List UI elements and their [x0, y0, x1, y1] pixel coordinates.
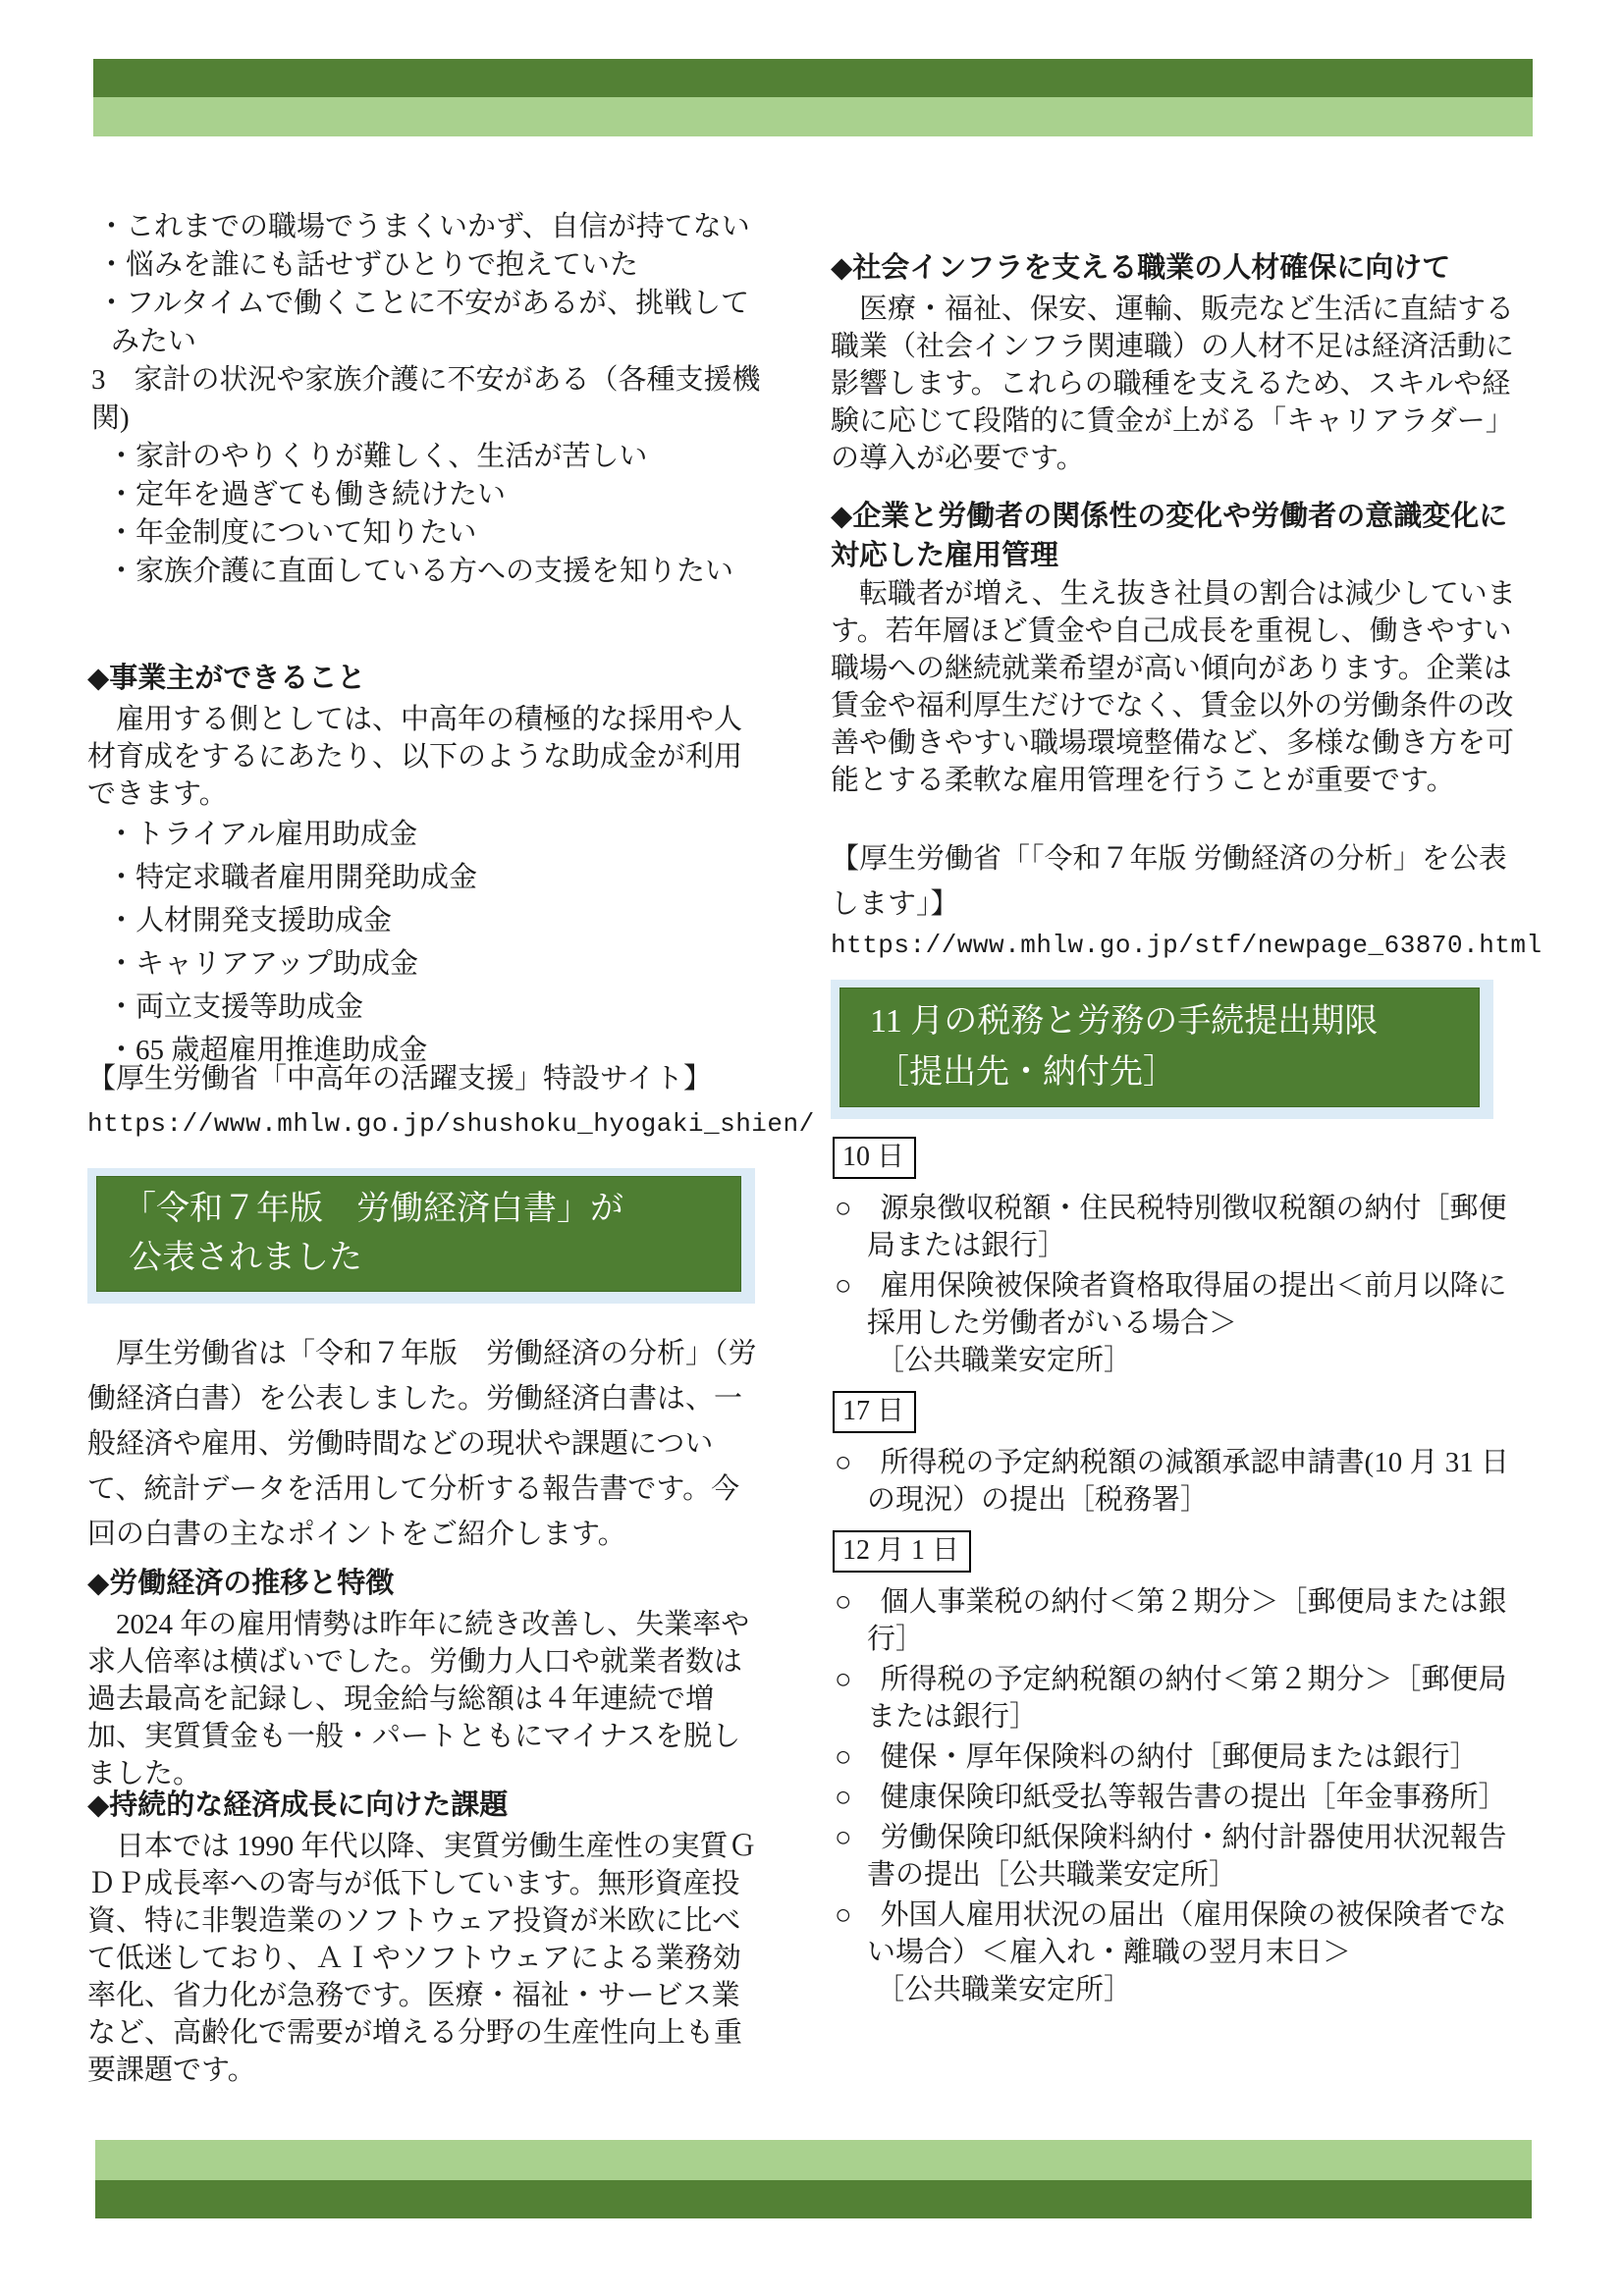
url-text[interactable]: https://www.mhlw.go.jp/shushoku_hyogaki_…	[87, 1101, 767, 1147]
bullet-icon: ・	[107, 556, 135, 587]
section-heading: ◆労働経済の推移と特徴	[87, 1561, 767, 1606]
bullet-icon: ・	[97, 211, 126, 242]
concerns-list-section: ・これまでの職場でうまくいかず、自信が持てない ・悩みを誰にも話せずひとりで抱え…	[87, 208, 767, 591]
section-heading: ◆事業主ができること	[87, 656, 767, 701]
deadline-item-text: 源泉徴収税額・住民税特別徴収税額の納付［郵便局または銀行］	[867, 1193, 1507, 1261]
list-item-text: フルタイムで働くことに不安があるが、挑戦してみたい	[111, 288, 749, 357]
deadline-item-text: 雇用保険被保険者資格取得届の提出＜前月以降に採用した労働者がいる場合＞	[867, 1270, 1507, 1339]
suii-section: ◆労働経済の推移と特徴 2024 年の雇用情勢は昨年に続き改善し、失業率や求人倍…	[87, 1561, 767, 1792]
deadline-item: ○ 所得税の予定納税額の納付＜第２期分＞［郵便局または銀行］	[831, 1661, 1520, 1735]
section-heading: ◆企業と労働者の関係性の変化や労働者の意識変化に対応した雇用管理	[831, 497, 1520, 575]
circle-marker-icon: ○	[835, 1664, 852, 1695]
section-paragraph: 日本では 1990 年代以降、実質労働生産性の実質ＧＤＰ成長率への寄与が低下して…	[87, 1828, 767, 2089]
list-item-text: これまでの職場でうまくいかず、自信が持てない	[126, 211, 750, 242]
list-item-text: 両立支援等助成金	[135, 991, 363, 1023]
deadline-item-text: 個人事業税の納付＜第２期分＞［郵便局または銀行］	[867, 1586, 1507, 1655]
subsidy-list-item: ・トライアル雇用助成金	[87, 813, 767, 856]
list-item: ・これまでの職場でうまくいかず、自信が持てない	[87, 208, 767, 246]
analysis-reference: 【厚生労働省「「令和７年版 労働経済の分析」を公表します」】 https://w…	[831, 836, 1520, 964]
deadline-item: ○ 外国人雇用状況の届出（雇用保険の被保険者でない場合）＜雇入れ・離職の翌月末日…	[831, 1896, 1520, 1971]
footer-bar-light	[95, 2140, 1532, 2180]
section-paragraph: 厚生労働省は「令和７年版 労働経済の分析」（労働経済白書）を公表しました。労働経…	[87, 1331, 767, 1557]
deadline-item: ○ 源泉徴収税額・住民税特別徴収税額の納付［郵便局または銀行］	[831, 1190, 1520, 1264]
subsidy-list-item: ・キャリアアップ助成金	[87, 942, 767, 986]
circle-marker-icon: ○	[835, 1782, 852, 1813]
list-item-text: 定年を過ぎても働き続けたい	[135, 479, 506, 510]
section-paragraph: 雇用する側としては、中高年の積極的な採用や人材育成をするにあたり、以下のような助…	[87, 701, 767, 813]
bullet-icon: ・	[107, 862, 135, 893]
bullet-icon: ・	[97, 249, 126, 281]
bullet-icon: ・	[107, 441, 135, 472]
section-heading: ◆社会インフラを支える職業の人材確保に向けて	[831, 245, 1520, 291]
title-box-green-panel: 「令和７年版 労働経済白書」が 公表されました	[96, 1176, 741, 1292]
subsidy-list-item: ・特定求職者雇用開発助成金	[87, 856, 767, 899]
deadline-item: ○ 労働保険印紙保険料納付・納付計器使用状況報告書の提出［公共職業安定所］	[831, 1819, 1520, 1894]
deadlines-section: 10 日 ○ 源泉徴収税額・住民税特別徴収税額の納付［郵便局または銀行］ ○ 雇…	[831, 1125, 1520, 2008]
list-item: ・悩みを誰にも話せずひとりで抱えていた	[87, 246, 767, 285]
list-item: ・家計のやりくりが難しく、生活が苦しい	[87, 438, 767, 476]
numbered-list-item: 3 家計の状況や家族介護に不安がある（各種支援機関)	[87, 361, 767, 438]
reference-title: 【厚生労働省「「令和７年版 労働経済の分析」を公表します」】	[831, 836, 1520, 927]
section-paragraph: 転職者が増え、生え抜き社員の割合は減少しています。若年層ほど賃金や自己成長を重視…	[831, 575, 1520, 799]
list-item-text: 家族介護に直面している方への支援を知りたい	[135, 556, 733, 587]
circle-marker-icon: ○	[835, 1586, 852, 1618]
bullet-icon: ・	[107, 991, 135, 1023]
title-box-line2: ［提出先・納付先］	[870, 1047, 1469, 1098]
title-box-hakusho: 「令和７年版 労働経済白書」が 公表されました	[87, 1168, 755, 1304]
list-item-text: 家計のやりくりが難しく、生活が苦しい	[135, 441, 647, 472]
seicho-section: ◆持続的な経済成長に向けた課題 日本では 1990 年代以降、実質労働生産性の実…	[87, 1783, 767, 2089]
bullet-icon: ・	[107, 517, 135, 549]
deadline-item-text: 労働保険印紙保険料納付・納付計器使用状況報告書の提出［公共職業安定所］	[867, 1822, 1507, 1891]
deadline-item: ○ 健保・厚年保険料の納付［郵便局または銀行］	[831, 1738, 1520, 1776]
circle-marker-icon: ○	[835, 1193, 852, 1224]
koyo-section: ◆企業と労働者の関係性の変化や労働者の意識変化に対応した雇用管理 転職者が増え、…	[831, 497, 1520, 799]
deadline-date-box: 17 日	[833, 1391, 916, 1433]
deadline-item: ○ 個人事業税の納付＜第２期分＞［郵便局または銀行］	[831, 1583, 1520, 1658]
url-text[interactable]: https://www.mhlw.go.jp/stf/newpage_63870…	[831, 927, 1520, 964]
deadline-item: ○ 雇用保険被保険者資格取得届の提出＜前月以降に採用した労働者がいる場合＞	[831, 1267, 1520, 1342]
title-box-line2: 公表されました	[123, 1234, 731, 1283]
circle-marker-icon: ○	[835, 1899, 852, 1931]
list-item-text: トライアル雇用助成金	[135, 819, 417, 850]
deadline-item-text: 外国人雇用状況の届出（雇用保険の被保険者でない場合）＜雇入れ・離職の翌月末日＞	[867, 1899, 1507, 1968]
employer-section: ◆事業主ができること 雇用する側としては、中高年の積極的な採用や人材育成をするに…	[87, 656, 767, 1072]
title-box-green-panel: 11 月の税務と労務の手続提出期限 ［提出先・納付先］	[839, 988, 1480, 1107]
deadline-date-box: 10 日	[833, 1137, 916, 1179]
section-paragraph: 2024 年の雇用情勢は昨年に続き改善し、失業率や求人倍率は横ばいでした。労働力…	[87, 1606, 767, 1792]
header-bar-dark	[93, 59, 1533, 97]
circle-marker-icon: ○	[835, 1741, 852, 1773]
subsidy-list-item: ・人材開発支援助成金	[87, 899, 767, 942]
site-reference: 【厚生労働省「中高年の活躍支援」特設サイト】 https://www.mhlw.…	[87, 1056, 767, 1147]
deadline-item-text: 健保・厚年保険料の納付［郵便局または銀行］	[881, 1741, 1479, 1773]
list-item-text: 人材開発支援助成金	[135, 905, 392, 936]
circle-marker-icon: ○	[835, 1822, 852, 1853]
list-item: ・年金制度について知りたい	[87, 514, 767, 553]
title-box-line1: 「令和７年版 労働経済白書」が	[123, 1185, 731, 1234]
hakusho-intro: 厚生労働省は「令和７年版 労働経済の分析」（労働経済白書）を公表しました。労働経…	[87, 1331, 767, 1557]
list-item-text: 特定求職者雇用開発助成金	[135, 862, 477, 893]
list-item: ・フルタイムで働くことに不安があるが、挑戦してみたい	[87, 285, 767, 361]
circle-marker-icon: ○	[835, 1270, 852, 1302]
list-item-text: 年金制度について知りたい	[135, 517, 476, 549]
deadline-item: ○ 健康保険印紙受払等報告書の提出［年金事務所］	[831, 1779, 1520, 1816]
bullet-icon: ・	[107, 819, 135, 850]
bullet-icon: ・	[107, 479, 135, 510]
list-item: ・定年を過ぎても働き続けたい	[87, 476, 767, 514]
list-item-text: 悩みを誰にも話せずひとりで抱えていた	[126, 249, 638, 281]
bullet-icon: ・	[107, 948, 135, 980]
title-box-line1: 11 月の税務と労務の手続提出期限	[870, 996, 1469, 1047]
deadline-date-box: 12 月 1 日	[833, 1530, 971, 1573]
list-item-text: キャリアアップ助成金	[135, 948, 418, 980]
deadline-item-note: ［公共職業安定所］	[831, 1971, 1520, 2008]
bullet-icon: ・	[97, 288, 126, 319]
title-box-tax: 11 月の税務と労務の手続提出期限 ［提出先・納付先］	[831, 980, 1493, 1119]
bullet-icon: ・	[107, 905, 135, 936]
circle-marker-icon: ○	[835, 1447, 852, 1478]
footer-bar-dark	[95, 2180, 1532, 2218]
reference-title: 【厚生労働省「中高年の活躍支援」特設サイト】	[87, 1056, 767, 1101]
deadline-item: ○ 所得税の予定納税額の減額承認申請書(10 月 31 日の現況）の提出［税務署…	[831, 1444, 1520, 1519]
deadline-item-note: ［公共職業安定所］	[831, 1342, 1520, 1379]
list-item: ・家族介護に直面している方への支援を知りたい	[87, 553, 767, 591]
deadline-item-text: 所得税の予定納税額の減額承認申請書(10 月 31 日の現況）の提出［税務署］	[867, 1447, 1509, 1516]
section-paragraph: 医療・福祉、保安、運輸、販売など生活に直結する職業（社会インフラ関連職）の人材不…	[831, 291, 1520, 477]
header-bar-light	[93, 97, 1533, 136]
deadline-item-text: 所得税の予定納税額の納付＜第２期分＞［郵便局または銀行］	[867, 1664, 1507, 1733]
section-heading: ◆持続的な経済成長に向けた課題	[87, 1783, 767, 1828]
subsidy-list-item: ・両立支援等助成金	[87, 986, 767, 1029]
infra-section: ◆社会インフラを支える職業の人材確保に向けて 医療・福祉、保安、運輸、販売など生…	[831, 245, 1520, 477]
deadline-item-text: 健康保険印紙受払等報告書の提出［年金事務所］	[881, 1782, 1507, 1813]
newsletter-page: ・これまでの職場でうまくいかず、自信が持てない ・悩みを誰にも話せずひとりで抱え…	[0, 0, 1624, 2296]
